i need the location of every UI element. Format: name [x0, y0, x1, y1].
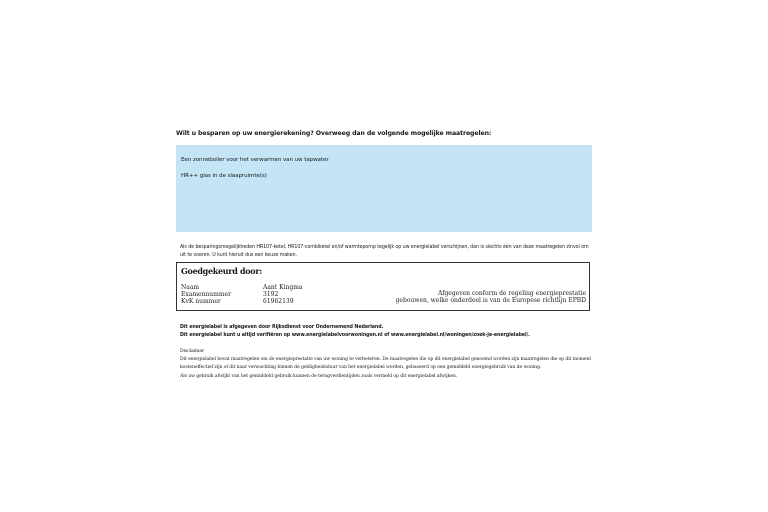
disclaimer: Disclaimer Dit energielabel bevat maatre… [180, 348, 591, 381]
issued-by: Dit energielabel is afgegeven door Rijks… [180, 324, 530, 340]
epbd-statement-line: Afgegeven conform de regeling energiepre… [396, 290, 586, 297]
approval-row-kvk: KvK nummer61962139 [181, 298, 294, 305]
epbd-statement: Afgegeven conform de regeling energiepre… [396, 290, 586, 304]
measures-box: Een zonneboiler voor het verwarmen van u… [176, 145, 592, 232]
approval-value: 61962139 [263, 298, 294, 305]
disclaimer-line: kosteneffectief zijn of dit naar verwach… [180, 364, 591, 372]
approval-value: 3192 [263, 291, 278, 298]
measures-heading: Wilt u besparen op uw energierekening? O… [176, 130, 491, 137]
disclaimer-title: Disclaimer [180, 348, 591, 356]
approval-label: KvK nummer [181, 298, 263, 305]
measure-item: HR++ glas in de slaapruimte(s) [181, 173, 267, 179]
issued-by-line: Dit energielabel is afgegeven door Rijks… [180, 324, 530, 332]
approval-box: Goedgekeurd door: NaamAant Kingma Examen… [176, 262, 590, 311]
epbd-statement-line: gebouwen, welke onderdeel is van de Euro… [396, 297, 586, 304]
approval-row-exam: Examennummer3192 [181, 291, 278, 298]
disclaimer-line: Dit energielabel bevat maatregelen om de… [180, 356, 591, 364]
measure-item: Een zonneboiler voor het verwarmen van u… [181, 157, 329, 163]
disclaimer-line: Als uw gebruik afwijkt van het gemiddeld… [180, 373, 591, 381]
approval-value: Aant Kingma [263, 284, 302, 291]
approval-label: Examennummer [181, 291, 263, 298]
savings-note: Als de besparingsmogelijkheden HR107-ket… [180, 244, 592, 259]
verify-line: Dit energielabel kunt u altijd verifiëre… [180, 332, 530, 340]
approval-row-name: NaamAant Kingma [181, 284, 302, 291]
approval-title: Goedgekeurd door: [181, 266, 262, 276]
approval-label: Naam [181, 284, 263, 291]
